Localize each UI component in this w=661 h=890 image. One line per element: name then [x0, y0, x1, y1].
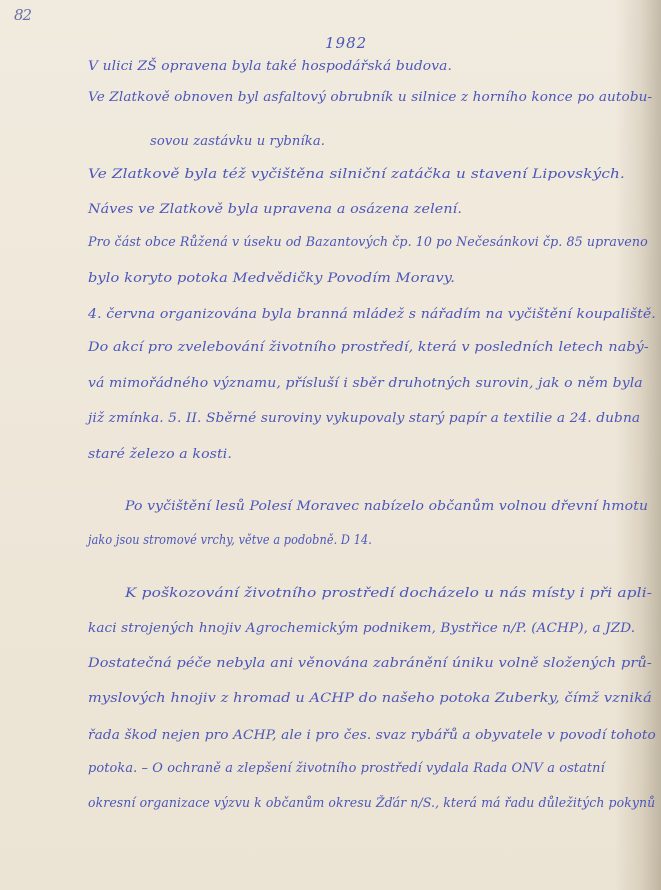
text-line: již zmínka. 5. II. Sběrné suroviny vykup…: [88, 410, 640, 425]
text-line: staré železo a kosti.: [88, 446, 232, 461]
text-line: okresní organizace výzvu k občanům okres…: [88, 795, 655, 810]
text-line: jako jsou stromové vrchy, větve a podobn…: [88, 532, 372, 547]
text-line: Pro část obce Růžená v úseku od Bazantov…: [88, 234, 648, 249]
text-line: řada škod nejen pro ACHP, ale i pro čes.…: [88, 727, 656, 742]
text-line: Do akcí pro zvelebování životního prostř…: [88, 339, 649, 354]
chronicle-page: 82 1982 V ulici ZŠ opravena byla také ho…: [0, 0, 661, 890]
text-line: Náves ve Zlatkově byla upravena a osázen…: [88, 201, 462, 216]
text-line: potoka. – O ochraně a zlepšení životního…: [88, 760, 605, 775]
text-line: kaci strojených hnojiv Agrochemickým pod…: [88, 620, 635, 635]
text-line: Ve Zlatkově byla též vyčištěna silniční …: [88, 166, 625, 181]
page-number: 82: [14, 6, 31, 24]
text-line: Ve Zlatkově obnoven byl asfaltový obrubn…: [88, 89, 652, 104]
text-line: Dostatečná péče nebyla ani věnována zabr…: [88, 655, 652, 670]
text-line: 4. června organizována byla branná mláde…: [88, 306, 656, 321]
text-line: myslových hnojiv z hromad u ACHP do naše…: [88, 690, 652, 705]
text-line: sovou zastávku u rybníka.: [150, 133, 325, 148]
text-line: V ulici ZŠ opravena byla také hospodářsk…: [88, 58, 452, 73]
text-line: K poškozování životního prostředí docház…: [125, 585, 652, 600]
text-line: vá mimořádného významu, přísluší i sběr …: [88, 375, 643, 390]
text-line: bylo koryto potoka Medvědičky Povodím Mo…: [88, 270, 455, 285]
text-line: Po vyčištění lesů Polesí Moravec nabízel…: [125, 498, 648, 513]
year-heading: 1982: [325, 34, 367, 52]
